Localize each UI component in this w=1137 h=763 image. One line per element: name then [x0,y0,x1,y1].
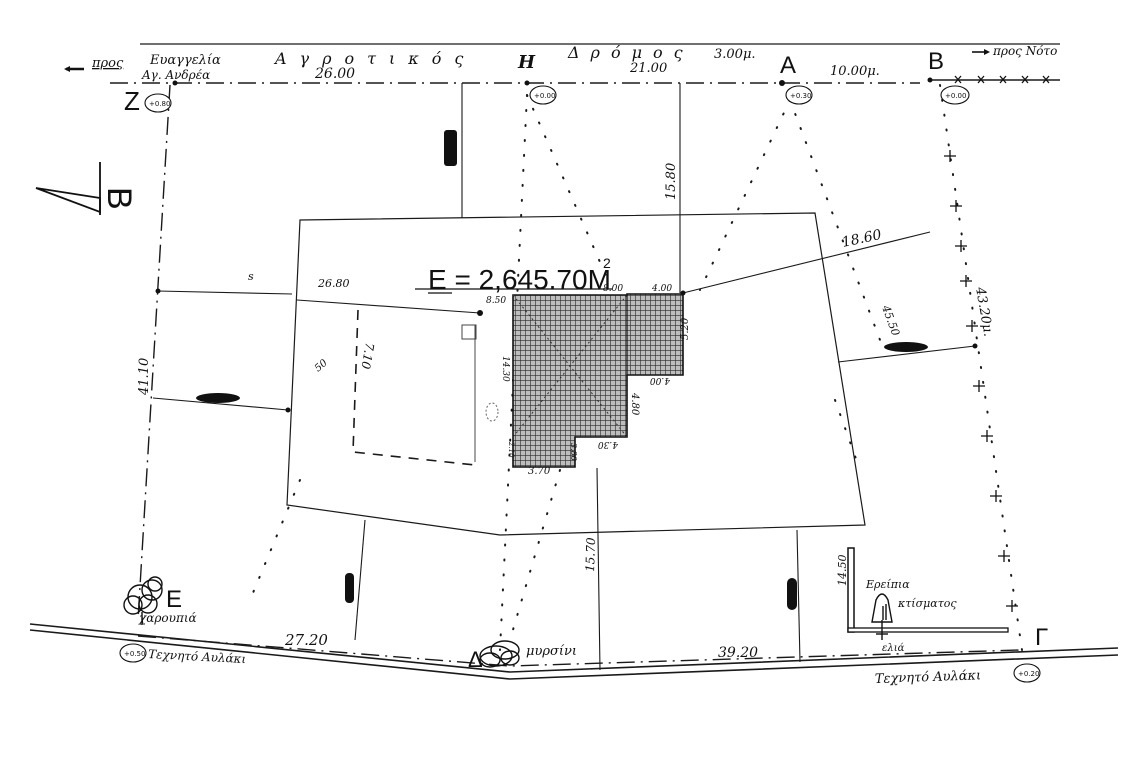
bldg-dim-right-lower: 4.80 [629,392,640,416]
dim-top-HA: 21.00 [629,61,667,76]
bldg-dim-right-step: 4.00 [650,375,671,385]
dim-top-ZH: 26.00 [314,66,355,82]
well-marker [444,130,457,166]
bldg-dim-top-right: 4.00 [651,284,672,294]
elevation-Gamma: +0.20 [1014,664,1040,682]
bldg-dim-top-left: 8.50 [486,296,506,306]
table-icon [486,403,498,421]
bldg-dim-annex-h: 3.80 [569,443,578,461]
bldg-dim-bottom-step: 4.30 [598,439,619,449]
mark-s: s [248,270,254,283]
dim-inner-right: 18.60 [841,227,884,251]
svg-text:+0.00: +0.00 [945,92,966,100]
svg-text:+0.80: +0.80 [149,100,170,108]
bldg-dim-annex-left: 2.10 [507,441,515,458]
dim-bottom-E: 27.20 [284,631,328,649]
left-destination-2: Αγ. Ανδρέα [141,68,210,82]
dim-shed-height: 14.50 [836,555,849,587]
road-name-2: Δρόμος [567,43,694,62]
area-value: E = 2,645.70M [428,264,611,295]
stair-icon [462,325,476,339]
bldg-dim-right-upper: 5.20 [680,317,691,340]
wall-marker-left [196,393,240,403]
dim-inner-diag-left: 7.10 [358,341,376,370]
road-width: 3.00μ. [714,47,756,62]
corner-label-H: H [517,52,536,73]
dim-top-AB: 10.00μ. [830,64,880,79]
elevation-A: +0.30 [786,86,812,104]
svg-text:+0.50: +0.50 [124,650,145,658]
dim-inner-top: 15.80 [664,163,679,200]
fence-star-marks [944,150,1018,612]
north-arrow-icon: Β [36,162,138,215]
dim-inner-right-diag: 45.50 [879,303,902,338]
corner-label-B: B [928,48,944,75]
dim-inner-bottom: 15.70 [583,537,598,572]
svg-text:+0.00: +0.00 [534,92,555,100]
label-carob: χαρουπιά [138,611,197,625]
label-olive: ελιά [882,643,905,654]
right-direction-arrow-icon [972,49,990,55]
elevation-B: +0.00 [941,86,969,104]
left-destination-1: Ευαγγελία [149,53,221,68]
road-name-1: Αγροτικός [273,49,476,68]
dim-inner-left: 26.80 [317,277,350,290]
dim-bottom-G: 39.20 [718,645,758,661]
corner-label-Gamma: Γ [1035,624,1048,651]
label-ruins-2: κτίσματος [897,597,957,610]
corner-label-E: E [166,586,182,613]
corner-label-Delta: Δ [468,647,483,672]
elevation-Z: +0.80 [145,94,171,112]
dim-right-side: 43.20μ. [972,285,996,338]
post-marker-bottom [345,573,354,603]
wall-marker-right [884,342,928,352]
top-property-line [110,76,1060,83]
post-marker-bottom-right [787,578,797,610]
corner-label-A: A [780,52,796,79]
dim-left-side: 41.10 [137,358,152,396]
north-letter: Β [100,187,138,210]
label-myrtle: μυρσίνι [526,644,577,659]
elevation-H: +0.00 [530,86,556,104]
elevation-E: +0.50 [120,644,146,662]
right-direction-label: προς Νότο [992,44,1057,58]
tree-olive-icon [872,594,892,640]
svg-text:+0.30: +0.30 [790,92,811,100]
dim-inner-diag-50: 50 [313,357,330,374]
bldg-dim-left: 14.30 [500,356,510,382]
area-label: E = 2,645.70M 2 [415,255,612,295]
tree-myrtle-icon [480,641,519,667]
corner-label-Z: Z [124,86,140,116]
bldg-dim-annex-w: 3.70 [528,466,551,477]
svg-text:+0.20: +0.20 [1018,670,1039,678]
area-exponent: 2 [603,255,611,271]
site-plan-drawing: Β +0.80 + [0,0,1137,763]
label-ruins-1: Ερείπια [865,578,910,591]
left-direction-label: προς [91,56,124,71]
label-channel-right: Τεχνητό Αυλάκι [875,668,982,687]
left-direction-arrow-icon [64,66,84,72]
old-building-outline [353,310,498,465]
